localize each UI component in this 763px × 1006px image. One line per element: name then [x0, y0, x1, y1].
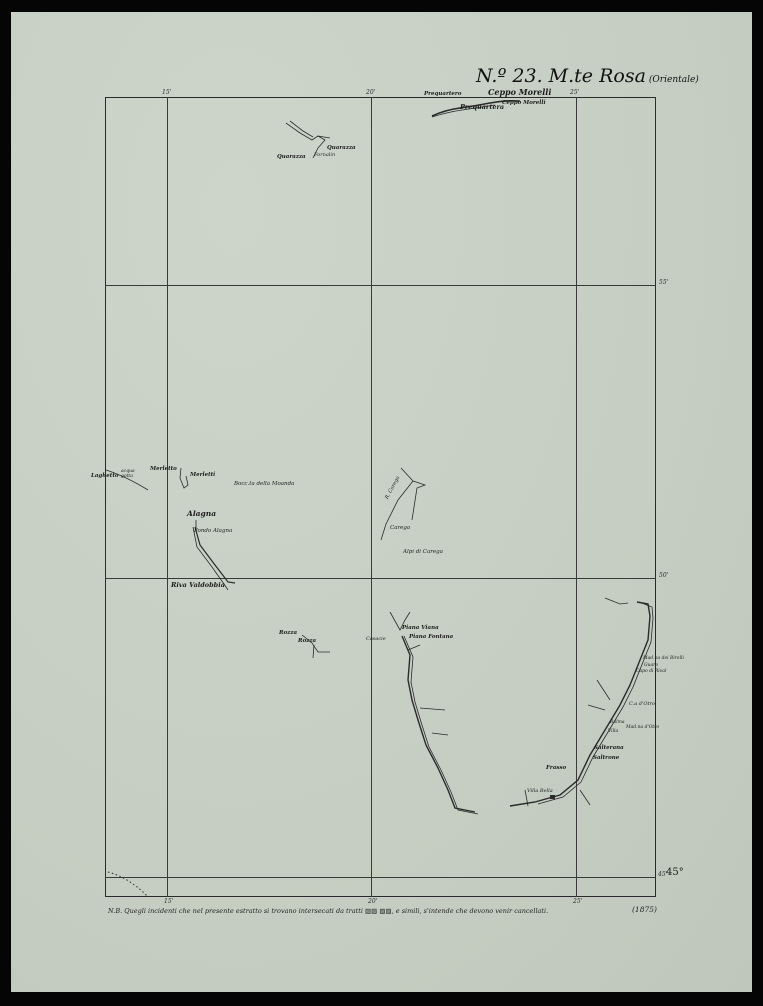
place-quarazza-b: Quarazza	[327, 146, 356, 152]
place-ceppo-morelli-small: Ceppo Morelli	[502, 101, 546, 107]
place-villa: Villa	[608, 730, 618, 735]
place-carega: Carega	[390, 526, 410, 532]
place-saltrone: Saltrone	[593, 756, 619, 762]
place-salterana: Salterana	[594, 746, 624, 752]
place-alpi-carega: Alpi di Carega	[403, 550, 443, 556]
place-piana-viana: Piana Viana	[402, 626, 439, 632]
place-prequartera: Prequartera	[460, 104, 504, 111]
place-rozza: Rozza	[279, 631, 297, 637]
place-laghetto: Laghetto	[91, 474, 119, 480]
footnote: N.B. Quegli incidenti che nel presente e…	[108, 907, 548, 915]
place-fondo-alagna: Fondo Alagna	[194, 529, 232, 535]
place-c-otro: C.a d'Otro	[629, 702, 655, 707]
place-acqua-gotta: acqua gotta	[121, 470, 141, 479]
place-merletti: Merletti	[190, 473, 215, 479]
place-piana-fontana: Piana Fontana	[409, 635, 453, 641]
map-features	[0, 0, 763, 1006]
place-mad-otro: Mad.na d'Otro	[626, 726, 659, 731]
place-frasso: Frasso	[546, 766, 566, 772]
place-rozza-b: Rozza	[298, 639, 316, 645]
place-casacie: Casacie	[366, 637, 386, 642]
place-bocc-moanda: Bocc.ta della Moanda	[234, 482, 294, 488]
place-fornalin: Fornalin	[314, 153, 335, 158]
place-quarazza: Quarazza	[277, 155, 306, 161]
place-merletto: Merletto	[150, 467, 177, 473]
year-label: (1875)	[632, 905, 657, 914]
place-riva-valdobbia: Riva Valdobbia	[171, 582, 225, 589]
place-guaro: Guaro	[644, 664, 658, 669]
place-mad-birelli: Mad.na dei Birelli	[643, 657, 684, 662]
place-alagna: Alagna	[187, 510, 216, 518]
place-ceppo-morelli: Ceppo Morelli	[488, 88, 551, 96]
place-prequartero: Prequartero	[424, 92, 461, 98]
place-ralma: Ralma	[610, 721, 625, 726]
place-capo-rival: Capo di Rival	[636, 670, 666, 675]
place-villa-bella: Villa Bella	[527, 789, 553, 794]
